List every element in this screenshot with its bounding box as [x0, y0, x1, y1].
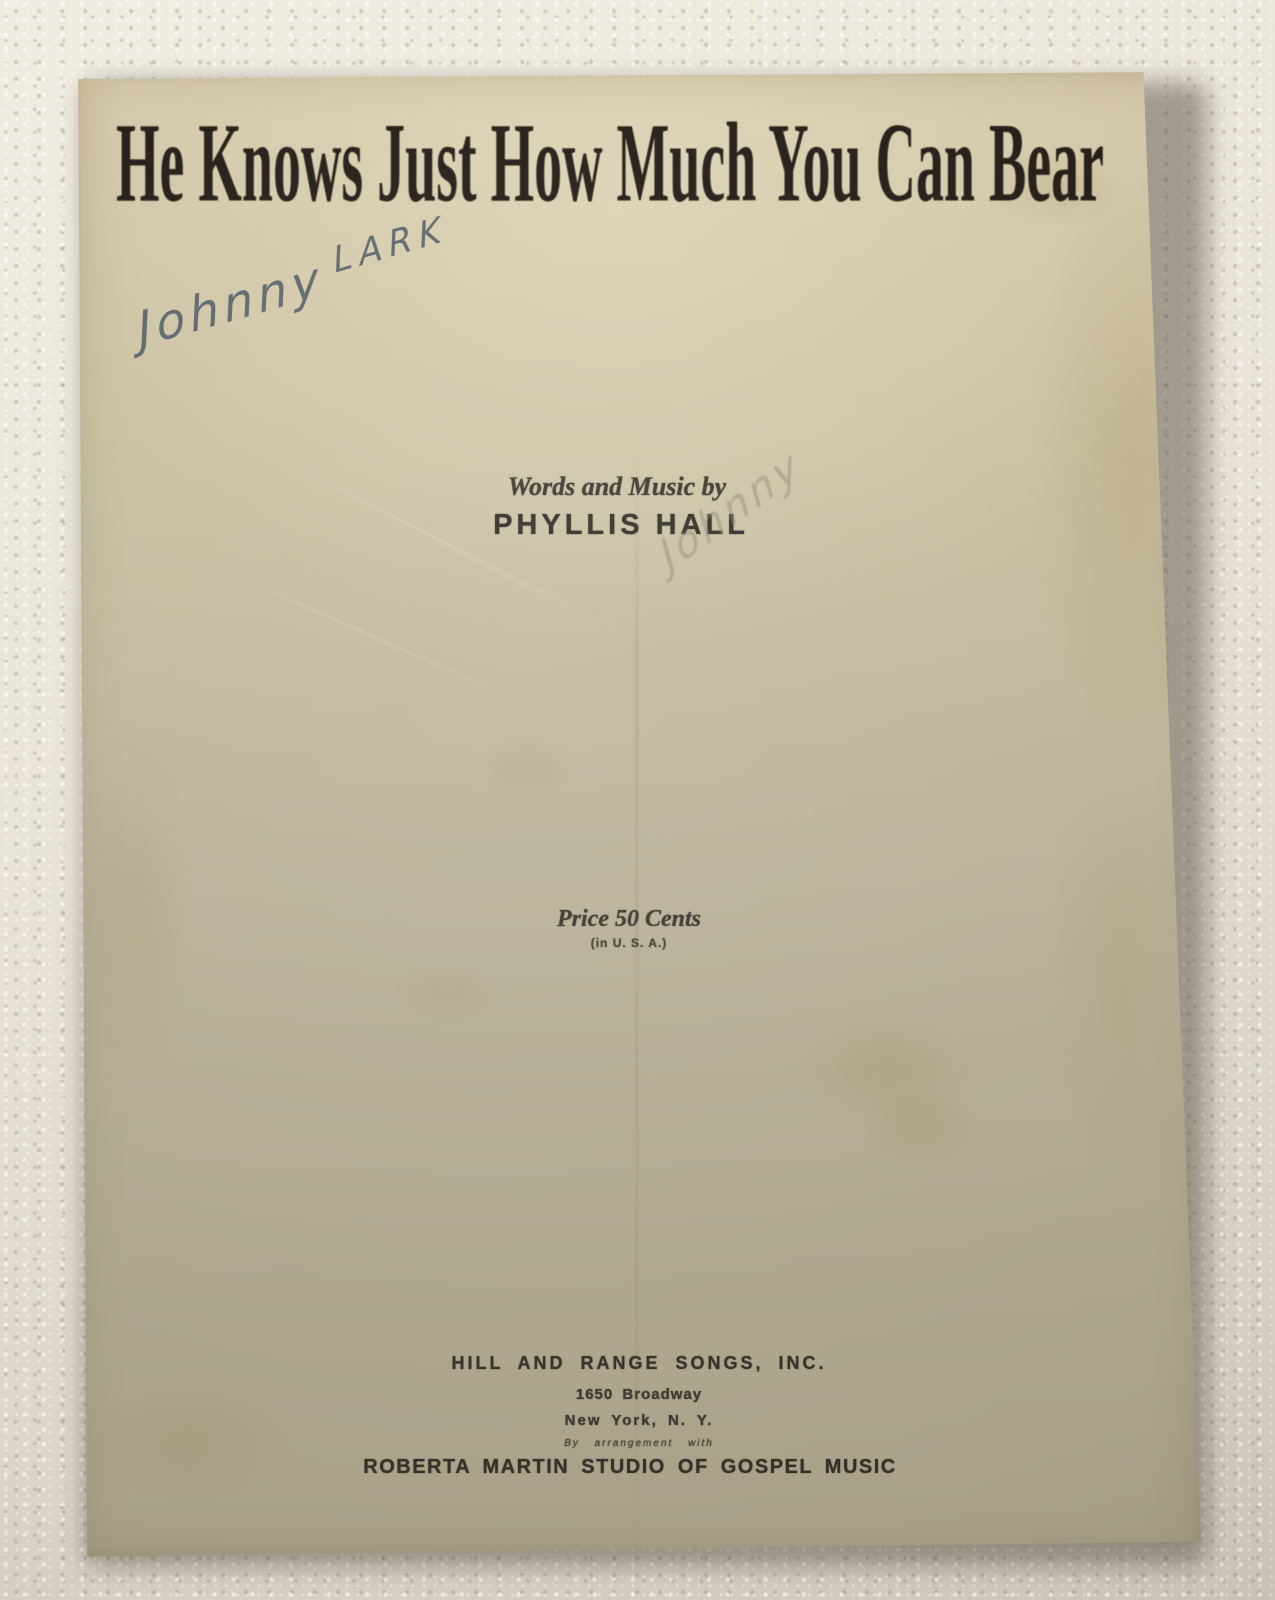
sheet-title: He Knows Just How Much You Can Bear — [116, 100, 1104, 226]
publisher-street: 1650 Broadway — [76, 1386, 1202, 1403]
crease-mark — [210, 563, 512, 699]
photograph: He Knows Just How Much You Can Bear John… — [0, 0, 1275, 1600]
arrangement-note: By arrangement with — [76, 1438, 1202, 1449]
byline-text: Words and Music by — [54, 472, 1180, 502]
center-fold-crease — [636, 440, 638, 1550]
sheet-music-cover: He Knows Just How Much You Can Bear John… — [76, 70, 1202, 1558]
publisher-name: HILL AND RANGE SONGS, INC. — [76, 1353, 1202, 1374]
price-block: Price 50 Cents (in U. S. A.) — [76, 906, 1202, 950]
price-region-text: (in U. S. A.) — [66, 936, 1192, 950]
author-name: PHYLLIS HALL — [58, 509, 1184, 542]
publisher-block: HILL AND RANGE SONGS, INC. 1650 Broadway… — [76, 1353, 1202, 1479]
studio-name: ROBERTA MARTIN STUDIO OF GOSPEL MUSIC — [67, 1456, 1193, 1479]
price-text: Price 50 Cents — [66, 906, 1192, 933]
credit-block: Words and Music by PHYLLIS HALL — [76, 472, 1202, 542]
publisher-city: New York, N. Y. — [76, 1412, 1202, 1429]
